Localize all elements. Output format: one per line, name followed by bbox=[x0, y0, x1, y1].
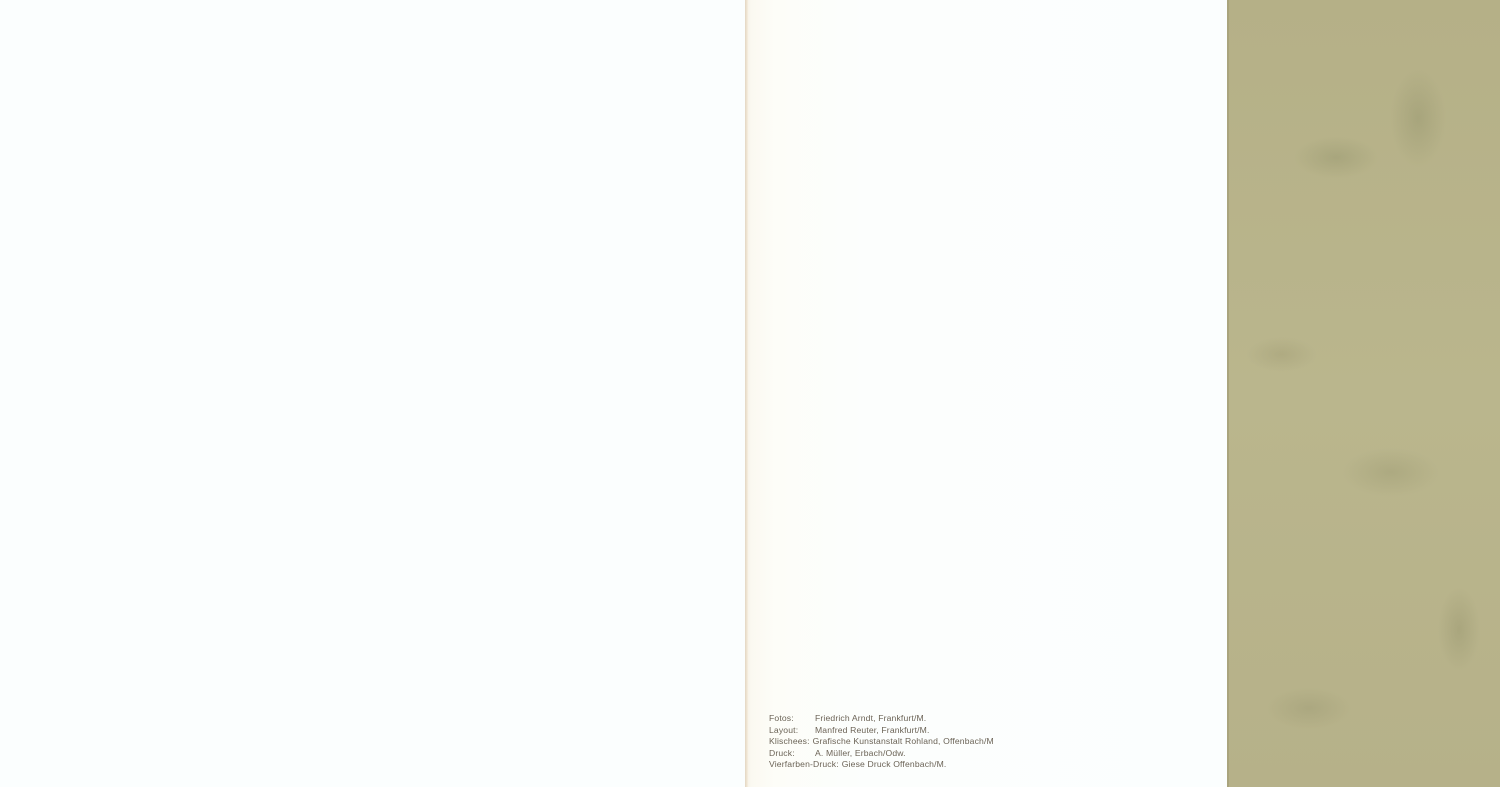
book-gutter bbox=[745, 0, 748, 787]
right-page bbox=[745, 0, 1227, 787]
credit-label: Layout: bbox=[769, 725, 815, 737]
credit-value: Manfred Reuter, Frankfurt/M. bbox=[815, 725, 930, 737]
cover-edge bbox=[1227, 0, 1229, 787]
credit-row-layout: Layout: Manfred Reuter, Frankfurt/M. bbox=[769, 725, 994, 737]
credit-value: Friedrich Arndt, Frankfurt/M. bbox=[815, 713, 926, 725]
credit-label: Druck: bbox=[769, 748, 815, 760]
credit-value: Giese Druck Offenbach/M. bbox=[842, 759, 947, 771]
credit-row-fotos: Fotos: Friedrich Arndt, Frankfurt/M. bbox=[769, 713, 994, 725]
credit-label: Klischees: bbox=[769, 736, 810, 748]
credit-row-vierfarben-druck: Vierfarben-Druck: Giese Druck Offenbach/… bbox=[769, 759, 994, 771]
left-page bbox=[0, 0, 745, 787]
book-cover bbox=[1227, 0, 1500, 787]
credit-label: Vierfarben-Druck: bbox=[769, 759, 839, 771]
credit-label: Fotos: bbox=[769, 713, 815, 725]
credit-value: A. Müller, Erbach/Odw. bbox=[815, 748, 906, 760]
credit-value: Grafische Kunstanstalt Rohland, Offenbac… bbox=[813, 736, 994, 748]
imprint-credits: Fotos: Friedrich Arndt, Frankfurt/M. Lay… bbox=[769, 713, 994, 771]
credit-row-druck: Druck: A. Müller, Erbach/Odw. bbox=[769, 748, 994, 760]
credit-row-klischees: Klischees: Grafische Kunstanstalt Rohlan… bbox=[769, 736, 994, 748]
